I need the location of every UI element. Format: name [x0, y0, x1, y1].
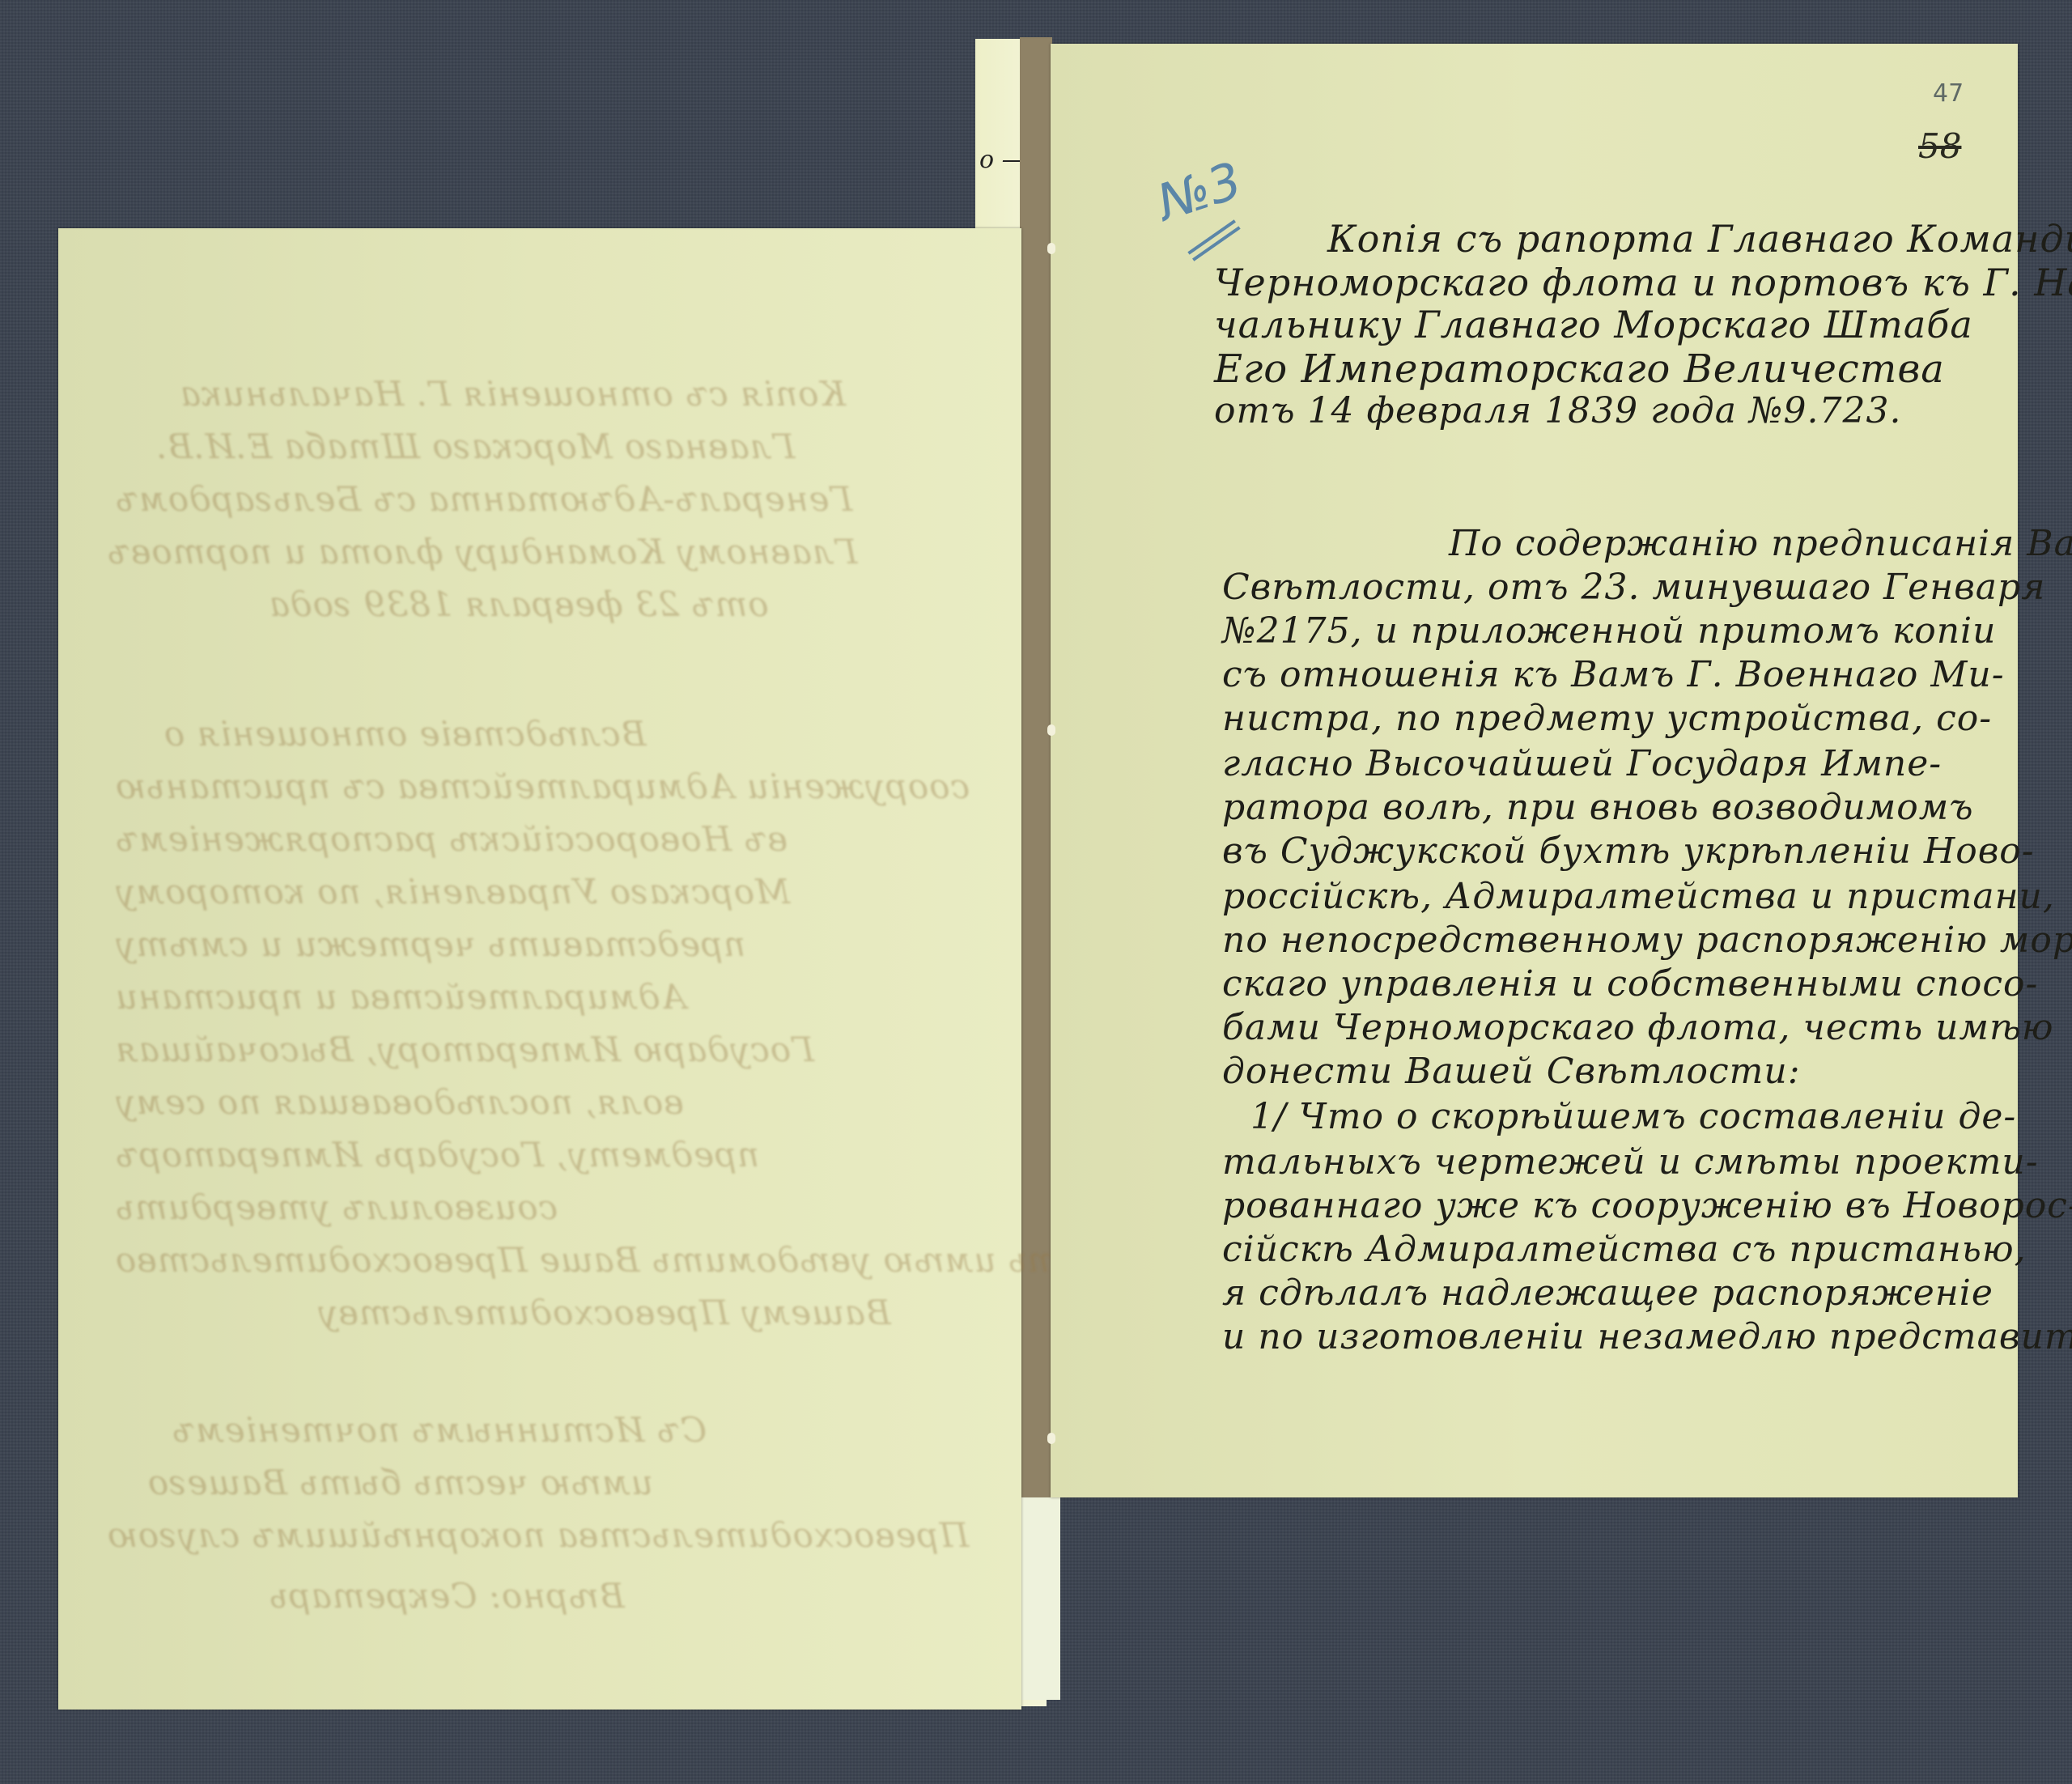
binding-spine [1020, 37, 1052, 1531]
body-line: тальныхъ чертежей и смѣты проекти- [1222, 1141, 2039, 1183]
left-page-reverse: Копія съ отношенія Г. Начальника Главнаг… [58, 228, 1021, 1710]
body-line: ратора волѣ, при вновь возводимомъ [1222, 787, 1974, 828]
bleed-through-text: Копія съ отношенія Г. Начальника Главнаг… [58, 228, 1021, 1710]
bleed-line: Копія съ отношенія Г. Начальника [180, 374, 846, 414]
body-line: въ Суджукской бухтѣ укрѣпленіи Ново- [1222, 830, 2035, 872]
bleed-line: соизволилъ утвердить [115, 1187, 558, 1227]
bleed-line: Вслѣдствіе отношенія о [163, 714, 647, 754]
body-line: Свѣтлости, отъ 23. минувшаго Генваря [1222, 567, 2045, 608]
bleed-line: въ Новороссійскѣ распоряженіемъ [115, 819, 788, 859]
heading-line: отъ 14 февраля 1839 года №9.723. [1214, 390, 1902, 431]
body-line: по непосредственному распоряженію мор- [1222, 920, 2072, 961]
body-line: съ отношенія къ Вамъ Г. Военнаго Ми- [1222, 654, 2005, 695]
folio-number-old: 58 [1918, 126, 1961, 166]
body-line: бами Черноморскаго флота, честь имѣю [1222, 1007, 2054, 1048]
bleed-line: честь имѣю увѣдомить Ваше Превосходитель… [115, 1240, 1123, 1280]
heading-line: Его Императорскаго Величества [1214, 346, 1945, 392]
flap-marks: о — [979, 146, 1026, 174]
body-line: гласно Высочайшей Государя Импе- [1222, 743, 1942, 784]
body-line: скаго управленія и собственными спосо- [1222, 963, 2038, 1005]
flap-mark: о — [979, 146, 1026, 174]
body-line: сійскѣ Адмиралтейства съ пристанью, [1222, 1229, 2027, 1270]
body-line: и по изготовленіи незамедлю представить [1222, 1316, 2072, 1357]
heading-line: чальнику Главнаго Морскаго Штаба [1214, 303, 1973, 346]
binding-strip [1016, 1497, 1060, 1700]
stitch-hole [1047, 724, 1055, 736]
body-line: россійскѣ, Адмиралтейства и пристани, [1222, 876, 2055, 917]
body-line: донести Вашей Свѣтлости: [1222, 1051, 1801, 1092]
bleed-line: Морскаго Управленія, по которому [115, 872, 790, 911]
body-line: я сдѣлалъ надлежащее распоряженіе [1222, 1272, 1993, 1314]
bleed-line: Вѣрно: Секретарь [269, 1576, 625, 1616]
bleed-line: представить чертежи и смѣту [115, 924, 745, 964]
bleed-line: Государю Императору, Высочайшая [115, 1030, 814, 1069]
bleed-line: Съ Истиннымъ почтеніемъ [172, 1410, 707, 1450]
bleed-line: Главнаго Морскаго Штаба Е.И.В. [155, 427, 795, 466]
body-line: №2175, и приложенной притомъ копіи [1222, 610, 1996, 652]
bleed-line: отъ 23 февраля 1839 года [269, 584, 769, 624]
bleed-line: Генералъ-Адъютанта съ Бельгардомъ [115, 479, 852, 519]
bleed-line: Адмиралтейства и пристани [115, 977, 686, 1017]
body-line: нистра, по предмету устройства, со- [1222, 698, 1992, 739]
body-line: По содержанію предписанія Вашей [1449, 523, 2072, 564]
bleed-line: предмету, Государь Императоръ [115, 1135, 759, 1174]
bleed-line: Главному Командиру флота и портовъ [107, 532, 857, 571]
heading-line: Копія съ рапорта Главнаго Командира [1327, 217, 2072, 261]
bleed-line: имѣю честь быть Вашего [147, 1463, 653, 1502]
stitch-hole [1047, 243, 1055, 254]
heading-line: Черноморскаго флота и портовъ къ Г. На- [1214, 261, 2072, 304]
bleed-line: Вашему Превосходительству [317, 1293, 891, 1332]
bleed-line: сооруженіи Адмиралтейства съ пристанью [115, 767, 970, 806]
body-line: 1/ Что о скорѣйшемъ составленіи де- [1250, 1096, 2016, 1137]
stitch-hole [1047, 1433, 1055, 1444]
folio-number: 47 [1933, 79, 1964, 108]
bleed-line: воля, послѣдовавшая по сему [115, 1082, 684, 1122]
body-line: рованнаго уже къ сооруженію въ Новорос- [1222, 1185, 2072, 1226]
bleed-line: Превосходительства покорнѣйшимъ слугою [107, 1515, 969, 1555]
